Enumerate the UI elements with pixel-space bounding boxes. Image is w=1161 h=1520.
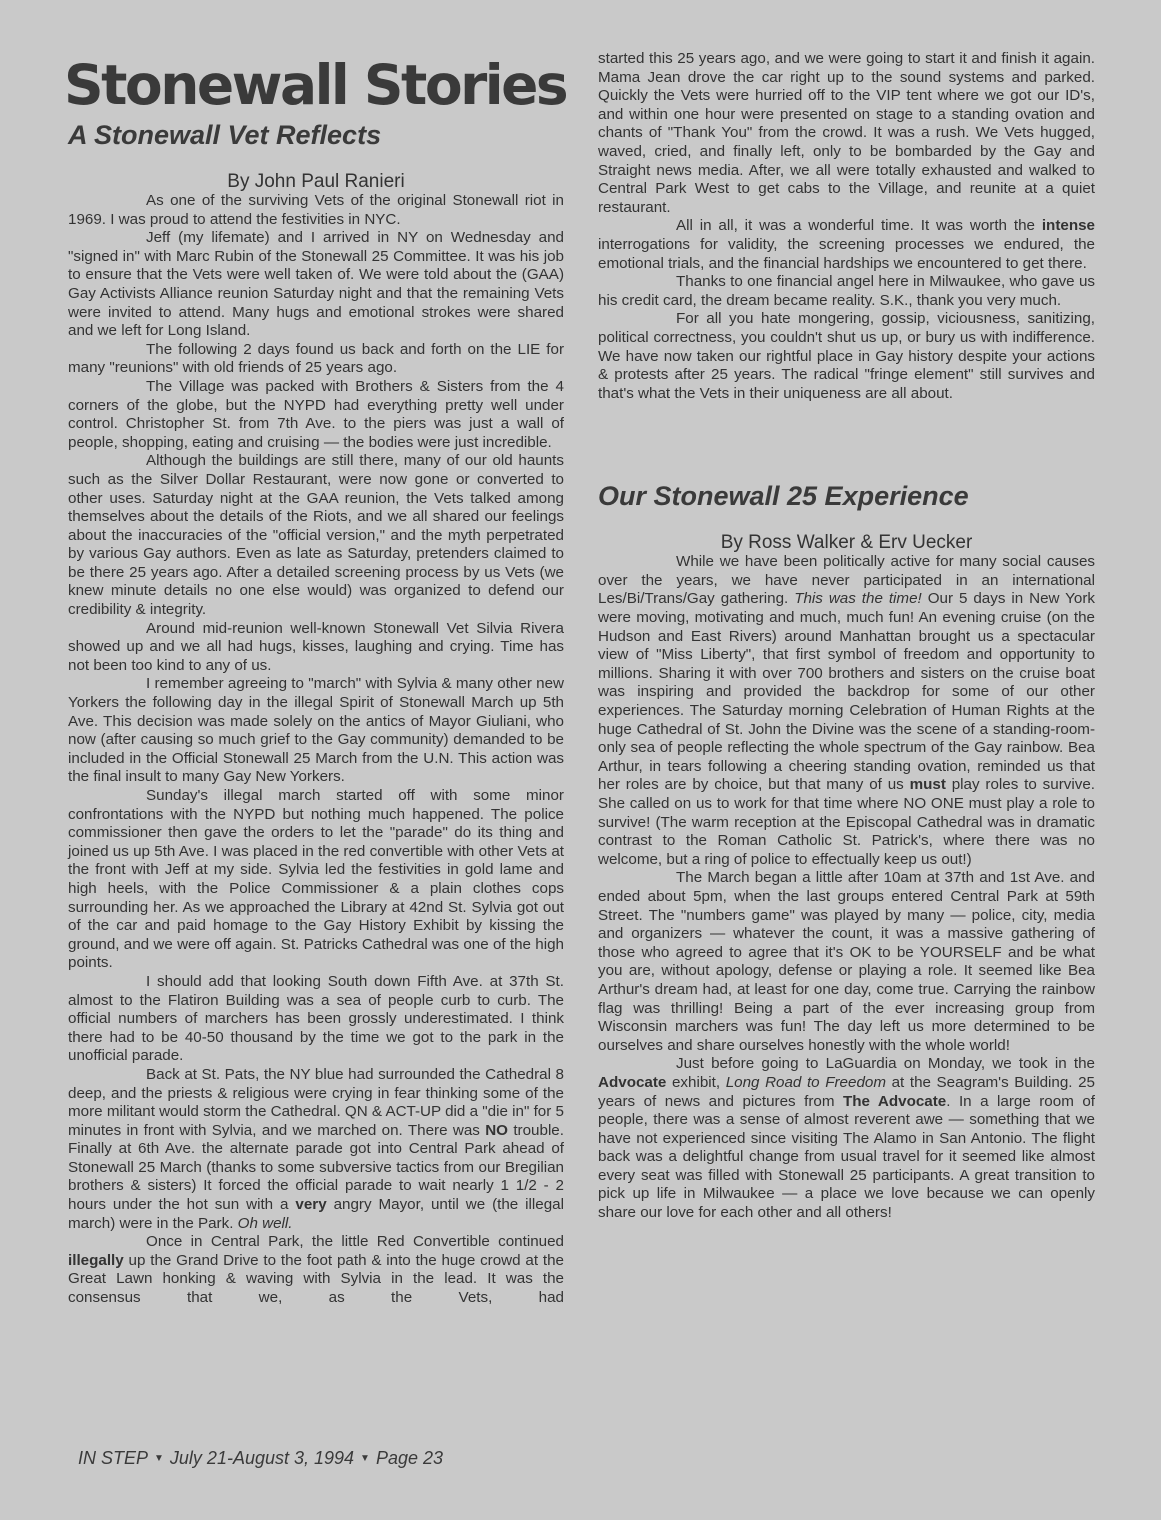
publication-name: IN STEP: [78, 1448, 148, 1468]
text-run: Our 5 days in New York were moving, moti…: [598, 590, 1095, 793]
article1-paragraph: Sunday's illegal march started off with …: [68, 787, 564, 973]
italic-run: Oh well.: [238, 1215, 293, 1232]
article2-paragraph: Just before going to LaGuardia on Monday…: [598, 1055, 1095, 1222]
triangle-separator-icon: ▼: [360, 1453, 370, 1464]
article1-paragraph: Thanks to one financial angel here in Mi…: [598, 273, 1095, 310]
article1-paragraph: Once in Central Park, the little Red Con…: [68, 1233, 564, 1307]
article1-byline: By John Paul Ranieri: [68, 172, 564, 192]
article1-paragraph: All in all, it was a wonderful time. It …: [598, 217, 1095, 273]
article2-paragraph: The March began a little after 10am at 3…: [598, 869, 1095, 1055]
bold-run: Advocate: [598, 1074, 666, 1091]
article1-paragraph: I remember agreeing to "march" with Sylv…: [68, 675, 564, 787]
article2-byline: By Ross Walker & Erv Uecker: [598, 533, 1095, 553]
right-column: started this 25 years ago, and we were g…: [598, 50, 1095, 1223]
text-run: Just before going to LaGuardia on Monday…: [676, 1055, 1095, 1072]
text-run: up the Grand Drive to the foot path & in…: [68, 1252, 564, 1306]
masthead-title: Stonewall Stories: [64, 54, 564, 116]
article1-paragraph: Jeff (my lifemate) and I arrived in NY o…: [68, 229, 564, 341]
article1-paragraph: Around mid-reunion well-known Stonewall …: [68, 620, 564, 676]
bold-run: intense: [1042, 217, 1095, 234]
article1-paragraph: For all you hate mongering, gossip, vici…: [598, 310, 1095, 403]
text-run: Once in Central Park, the little Red Con…: [146, 1233, 564, 1250]
article1-headline: A Stonewall Vet Reflects: [68, 118, 564, 152]
italic-run: This was the time!: [794, 590, 922, 607]
text-run: All in all, it was a wonderful time. It …: [676, 217, 1042, 234]
bold-run: illegally: [68, 1252, 124, 1269]
text-run: . In a large room of people, there was a…: [598, 1093, 1095, 1222]
article1-paragraph: The following 2 days found us back and f…: [68, 341, 564, 378]
article2-paragraph: While we have been politically active fo…: [598, 553, 1095, 869]
italic-run: Long Road to Freedom: [726, 1074, 886, 1091]
article1-paragraph-continued: started this 25 years ago, and we were g…: [598, 50, 1095, 217]
article1-paragraph: Although the buildings are still there, …: [68, 452, 564, 619]
article1-paragraph: As one of the surviving Vets of the orig…: [68, 192, 564, 229]
page-number: Page 23: [376, 1448, 443, 1468]
text-run: interrogations for validity, the screeni…: [598, 236, 1095, 272]
bold-run: NO: [485, 1122, 508, 1139]
triangle-separator-icon: ▼: [154, 1453, 164, 1464]
bold-run: must: [910, 776, 946, 793]
article1-paragraph: The Village was packed with Brothers & S…: [68, 378, 564, 452]
article1-paragraph: Back at St. Pats, the NY blue had surrou…: [68, 1066, 564, 1233]
bold-run: The Advocate: [843, 1093, 946, 1110]
article2-headline: Our Stonewall 25 Experience: [598, 479, 1095, 513]
text-run: exhibit,: [666, 1074, 725, 1091]
bold-run: very: [295, 1196, 326, 1213]
page-footer: IN STEP▼July 21-August 3, 1994▼Page 23: [78, 1448, 443, 1469]
issue-dates: July 21-August 3, 1994: [170, 1448, 354, 1468]
article1-paragraph: I should add that looking South down Fif…: [68, 973, 564, 1066]
left-column: Stonewall Stories A Stonewall Vet Reflec…: [68, 40, 564, 1308]
